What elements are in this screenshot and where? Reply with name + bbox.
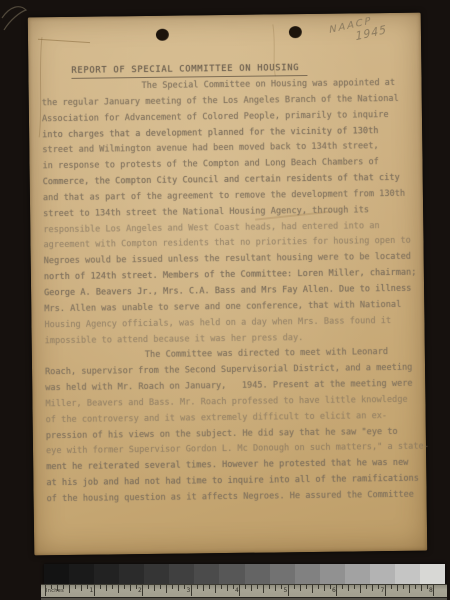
- ruler-tick: [45, 585, 46, 596]
- ruler-tick: [215, 585, 216, 593]
- ruler-tick: [269, 585, 270, 589]
- ruler-tick: [427, 585, 428, 589]
- ruler-inch-number: 8: [429, 587, 433, 594]
- grayscale-step: [295, 564, 320, 584]
- ruler-tick: [372, 585, 373, 591]
- grayscale-step: [345, 564, 370, 584]
- ruler-tick: [166, 585, 167, 593]
- ruler-tick: [342, 585, 343, 589]
- grayscale-step: [245, 564, 270, 584]
- ruler-tick: [306, 585, 307, 589]
- ruler-tick: [403, 585, 404, 589]
- ruler-inch-number: 7: [381, 587, 385, 594]
- ruler-inch-number: 4: [235, 587, 239, 594]
- ruler-tick: [130, 585, 131, 591]
- ruler-tick: [87, 585, 88, 589]
- ruler-tick: [160, 585, 161, 589]
- ruler-tick: [366, 585, 367, 589]
- hole-punch-left: [156, 29, 169, 41]
- ruler-tick: [172, 585, 173, 589]
- ruler-tick: [148, 585, 149, 589]
- ruler-tick: [63, 585, 64, 589]
- scanned-page: NAACP 1945 REPORT OF SPECIAL COMMITTEE O…: [28, 13, 428, 556]
- ruler-tick: [69, 585, 70, 593]
- ruler-tick: [312, 585, 313, 593]
- ruler-tick: [391, 585, 392, 589]
- ruler-tick: [245, 585, 246, 589]
- ruler-tick: [281, 585, 282, 589]
- ruler-tick: [209, 585, 210, 589]
- ruler-tick: [136, 585, 137, 589]
- ruler-tick: [51, 585, 52, 589]
- ruler-tick: [360, 585, 361, 593]
- ruler-tick: [354, 585, 355, 589]
- grayscale-step: [44, 564, 69, 584]
- ruler-inch-number: 2: [138, 587, 142, 594]
- ruler-tick: [257, 585, 258, 589]
- ruler-tick: [191, 585, 192, 596]
- ruler-tick: [263, 585, 264, 593]
- ruler-tick: [336, 585, 337, 596]
- hole-punch-right: [289, 26, 302, 38]
- ruler-tick: [324, 585, 325, 591]
- scanned-photo: NAACP 1945 REPORT OF SPECIAL COMMITTEE O…: [0, 0, 450, 600]
- ruler-tick: [330, 585, 331, 589]
- ruler-tick: [227, 585, 228, 591]
- ruler-tick: [203, 585, 204, 591]
- ruler-tick: [178, 585, 179, 591]
- grayscale-step: [169, 564, 194, 584]
- document-body: The Special Committee on Housing was app…: [41, 76, 424, 508]
- ruler-tick: [94, 585, 95, 596]
- grayscale-step: [69, 564, 94, 584]
- grayscale-step: [219, 564, 244, 584]
- ruler-tick: [275, 585, 276, 591]
- ruler-tick: [124, 585, 125, 589]
- grayscale-step: [194, 564, 219, 584]
- ruler-tick: [112, 585, 113, 589]
- ruler-tick: [184, 585, 185, 589]
- ruler-inch-number: 3: [187, 587, 191, 594]
- ruler-tick: [106, 585, 107, 591]
- ruler-tick: [57, 585, 58, 591]
- ruler-tick: [81, 585, 82, 591]
- grayscale-step: [144, 564, 169, 584]
- grayscale-step: [270, 564, 295, 584]
- ruler-tick: [300, 585, 301, 591]
- ruler-tick: [221, 585, 222, 589]
- ruler-tick: [142, 585, 143, 596]
- grayscale-step: [370, 564, 395, 584]
- ruler-tick: [294, 585, 295, 589]
- ruler-inch-number: 6: [332, 587, 336, 594]
- grayscale-step: [320, 564, 345, 584]
- grayscale-step: [420, 564, 445, 584]
- grayscale-calibration-bar: [44, 564, 445, 584]
- ruler-tick: [385, 585, 386, 596]
- handwritten-archive-note: NAACP 1945: [329, 8, 409, 48]
- ruler-inch-number: 1: [90, 587, 94, 594]
- typed-line: of the housing question as it affects Ne…: [47, 488, 425, 508]
- ruler-tick: [397, 585, 398, 591]
- ruler-tick: [118, 585, 119, 593]
- ruler-tick: [348, 585, 349, 591]
- ruler-tick: [409, 585, 410, 593]
- ruler-tick: [233, 585, 234, 589]
- ruler-tick: [415, 585, 416, 589]
- grayscale-step: [395, 564, 420, 584]
- ruler-tick: [100, 585, 101, 589]
- ruler-tick: [239, 585, 240, 596]
- ruler-tick: [318, 585, 319, 589]
- grayscale-step: [94, 564, 119, 584]
- ruler-unit-label: Inches: [46, 588, 64, 594]
- grayscale-step: [119, 564, 144, 584]
- ruler-tick: [433, 585, 434, 596]
- ruler-tick: [251, 585, 252, 591]
- ruler-tick: [288, 585, 289, 596]
- ruler-inch-number: 5: [284, 587, 288, 594]
- ruler-tick: [197, 585, 198, 589]
- ruler-tick: [421, 585, 422, 591]
- ruler-tick: [75, 585, 76, 589]
- ruler-tick: [154, 585, 155, 591]
- ruler-tick: [378, 585, 379, 589]
